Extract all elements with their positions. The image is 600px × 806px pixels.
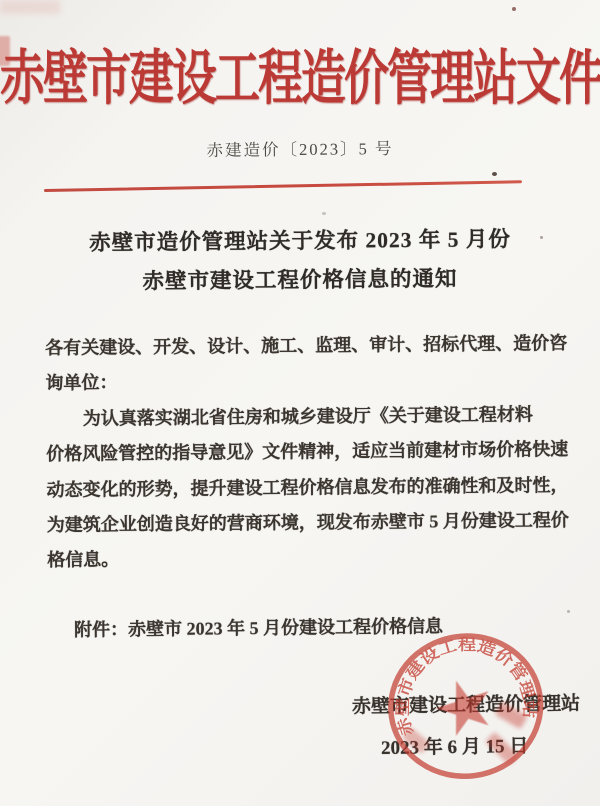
scan-smudge bbox=[0, 0, 60, 14]
notice-title-line2: 赤壁市建设工程价格信息的通知 bbox=[0, 260, 600, 296]
notice-title-line1: 赤壁市造价管理站关于发布 2023 年 5 月份 bbox=[0, 221, 600, 257]
seal-smudge bbox=[485, 732, 519, 766]
body-paragraph-line: 动态变化的形势，提升建设工程价格信息发布的准确性和及时性， bbox=[46, 467, 586, 508]
scan-speck bbox=[567, 610, 570, 613]
scan-speck bbox=[540, 236, 543, 239]
scan-speck bbox=[492, 172, 497, 176]
document-page: 赤壁市建设工程造价管理站文件 赤建造价〔2023〕5 号 赤壁市造价管理站关于发… bbox=[0, 0, 600, 806]
salutation-line: 询单位： bbox=[45, 361, 585, 402]
body-paragraph-line: 格信息。 bbox=[47, 538, 587, 579]
header-divider-line bbox=[44, 180, 522, 192]
body-paragraph-line: 为建筑企业创造良好的营商环境，现发布赤壁市 5 月份建设工程价 bbox=[47, 503, 587, 544]
scan-red-fragment bbox=[0, 36, 10, 66]
scan-speck bbox=[322, 212, 326, 215]
letterhead-title: 赤壁市建设工程造价管理站文件 bbox=[0, 30, 600, 116]
salutation-line: 各有关建设、开发、设计、施工、监理、审计、招标代理、造价咨 bbox=[45, 326, 585, 367]
scan-speck bbox=[512, 7, 516, 11]
body-paragraph-line: 为认真落实湖北省住房和城乡建设厅《关于建设工程材料 bbox=[46, 397, 586, 438]
body-paragraph-line: 价格风险管控的指导意见》文件精神，适应当前建材市场价格快速 bbox=[46, 432, 586, 473]
document-number: 赤建造价〔2023〕5 号 bbox=[0, 133, 600, 163]
seal-star bbox=[430, 672, 499, 739]
body-text: 各有关建设、开发、设计、施工、监理、审计、招标代理、造价咨 询单位： 为认真落实… bbox=[45, 326, 587, 579]
official-seal: 赤壁市建设工程造价管理站 bbox=[373, 617, 562, 799]
